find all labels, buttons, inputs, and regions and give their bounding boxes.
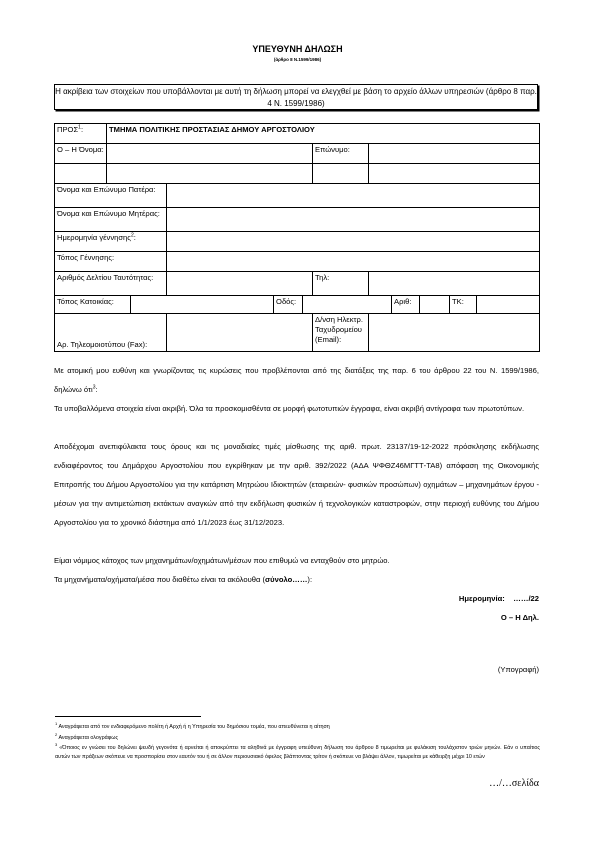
declarant-label: Ο – Η Δηλ. — [54, 608, 539, 627]
footnote-divider — [55, 716, 201, 717]
to-value: ΤΜΗΜΑ ΠΟΛΙΤΙΚΗΣ ΠΡΟΣΤΑΣΙΑΣ ΔΗΜΟΥ ΑΡΓΟΣΤΟ… — [107, 124, 540, 144]
fax-label: Αρ. Τηλεομοιοτύπου (Fax): — [55, 314, 167, 352]
id-number-field[interactable] — [167, 272, 313, 296]
zip-field[interactable] — [477, 296, 540, 314]
to-label: ΠΡΟΣ1: — [55, 124, 107, 144]
declaration-paragraph-4: Τα μηχανήματα/οχήματα/μέσα που διαθέτω ε… — [54, 570, 539, 589]
surname-label: Επώνυμο: — [313, 144, 369, 164]
document-subtitle: (άρθρο 8 Ν.1599/1986) — [0, 57, 595, 62]
declaration-paragraph-1: Τα υποβαλλόμενα στοιχεία είναι ακριβή. Ό… — [54, 399, 539, 418]
birthplace-label: Τόπος Γέννησης: — [55, 252, 167, 272]
birthdate-label: Ημερομηνία γέννησης2: — [55, 232, 167, 252]
mother-name-field[interactable] — [167, 208, 540, 232]
first-name-extra-field[interactable] — [107, 164, 313, 184]
street-label: Οδός: — [274, 296, 303, 314]
declaration-form: ΠΡΟΣ1: ΤΜΗΜΑ ΠΟΛΙΤΙΚΗΣ ΠΡΟΣΤΑΣΙΑΣ ΔΗΜΟΥ … — [54, 123, 540, 352]
first-name-label: Ο – Η Όνομα: — [55, 144, 107, 164]
residence-field[interactable] — [131, 296, 274, 314]
footnote-3: 3 «Όποιος εν γνώσει του δηλώνει ψευδή γε… — [55, 744, 540, 762]
first-name-extra-label — [55, 164, 107, 184]
street-number-field[interactable] — [420, 296, 450, 314]
date-line: Ημερομηνία: ……/22 — [54, 589, 539, 608]
accuracy-notice: Η ακρίβεια των στοιχείων που υποβάλλοντα… — [54, 84, 538, 110]
father-name-field[interactable] — [167, 184, 540, 208]
residence-label: Τόπος Κατοικίας: — [55, 296, 131, 314]
zip-label: ΤΚ: — [450, 296, 477, 314]
fax-field[interactable] — [167, 314, 313, 352]
document-title: ΥΠΕΥΘΥΝΗ ΔΗΛΩΣΗ — [0, 44, 595, 54]
phone-label: Τηλ: — [313, 272, 369, 296]
signature-label: (Υπογραφή) — [54, 660, 539, 679]
mother-name-label: Όνομα και Επώνυμο Μητέρας: — [55, 208, 167, 232]
footnote-2: 2 Αναγράφεται ολογράφως — [55, 734, 540, 743]
first-name-field[interactable] — [107, 144, 313, 164]
street-field[interactable] — [303, 296, 392, 314]
id-number-label: Αριθμός Δελτίου Ταυτότητας: — [55, 272, 167, 296]
phone-field[interactable] — [369, 272, 540, 296]
declaration-paragraph-2: Αποδέχομαι ανεπιφύλακτα τους όρους και τ… — [54, 437, 539, 532]
surname-field[interactable] — [369, 144, 540, 164]
email-label: Δ/νση Ηλεκτρ. Ταχυδρομείου (Email): — [313, 314, 369, 352]
birthplace-field[interactable] — [167, 252, 540, 272]
surname-extra-field[interactable] — [369, 164, 540, 184]
father-name-label: Όνομα και Επώνυμο Πατέρα: — [55, 184, 167, 208]
date-value[interactable]: ……/22 — [513, 594, 539, 603]
declaration-intro: Με ατομική μου ευθύνη και γνωρίζοντας τι… — [54, 361, 539, 399]
footnote-1: 1 Αναγράφεται από τον ενδιαφερόμενο πολί… — [55, 723, 540, 732]
surname-extra-label — [313, 164, 369, 184]
street-number-label: Αριθ: — [392, 296, 420, 314]
birthdate-field[interactable] — [167, 232, 540, 252]
email-field[interactable] — [369, 314, 540, 352]
page-marker: …/…σελίδα — [489, 778, 539, 789]
declaration-paragraph-3: Είμαι νόμιμος κάτοχος των μηχανημάτων/οχ… — [54, 551, 539, 570]
